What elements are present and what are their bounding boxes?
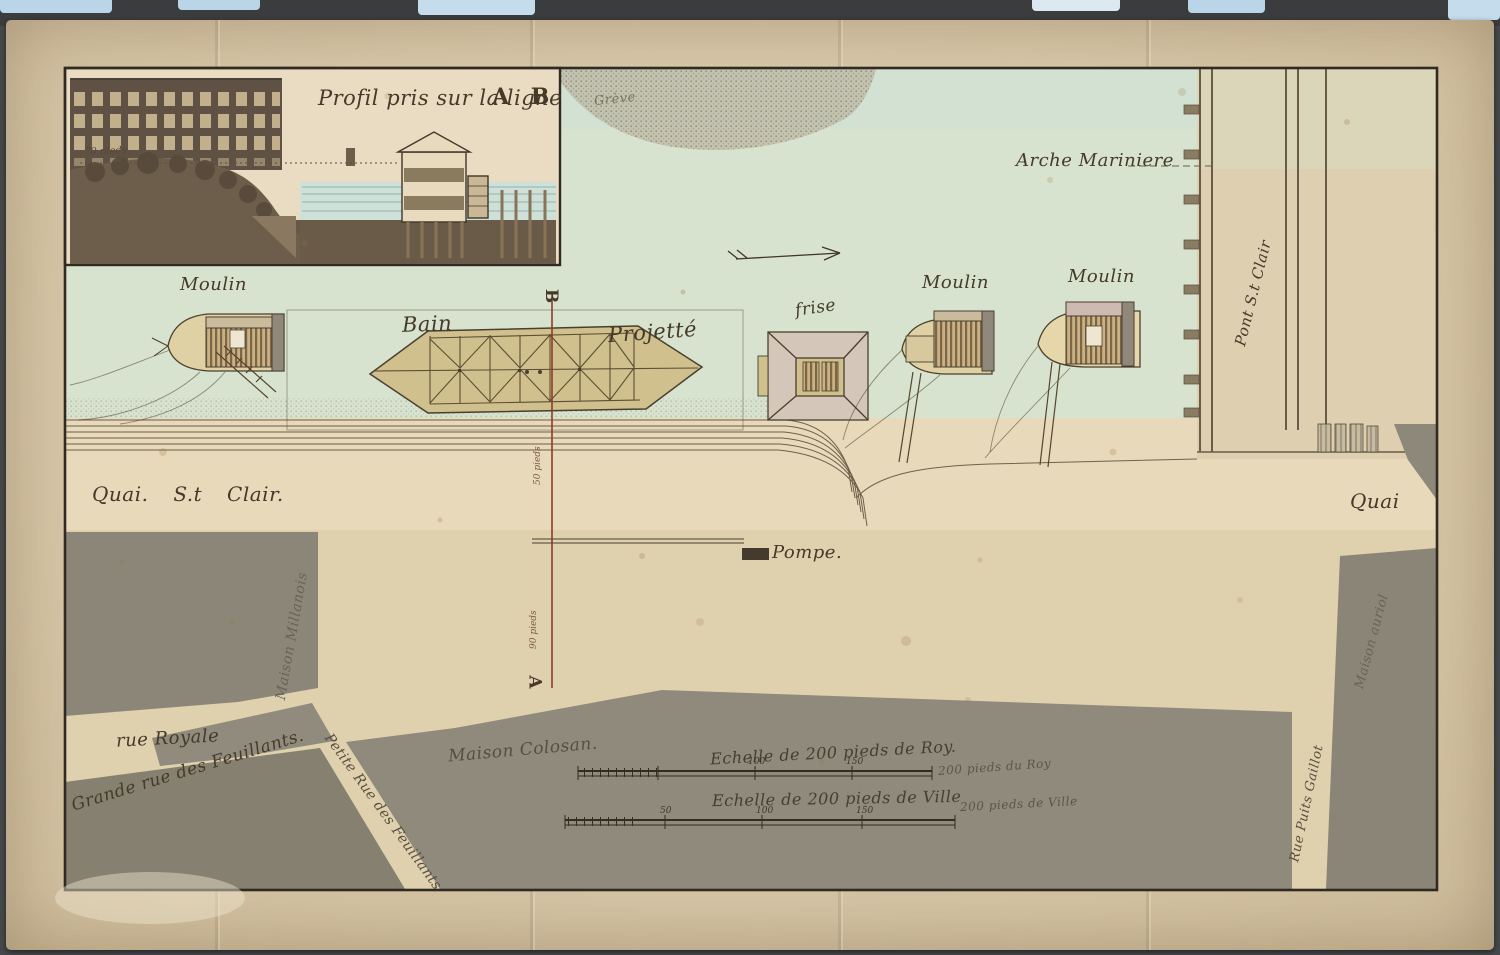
label-bain: Bain	[402, 311, 453, 337]
scale-ville-tick-100: 100	[756, 806, 773, 816]
section-marker-a: A	[525, 675, 545, 688]
section-note-upper: 50 pieds	[533, 441, 543, 485]
label-quai: Quai	[1350, 489, 1400, 513]
label-moulin-right: Moulin	[1068, 266, 1135, 287]
frise-building	[758, 332, 868, 420]
scale-ville-tick-50: 50	[660, 806, 671, 816]
map-drawing	[0, 0, 1500, 955]
scale-roy-tick-100: 100	[748, 757, 765, 767]
section-note-lower: 90 pieds	[529, 605, 539, 649]
label-arche-mariniere: Arche Mariniere	[1016, 150, 1174, 171]
label-pompe: Pompe.	[772, 542, 842, 563]
label-moulin-left: Moulin	[180, 274, 247, 295]
label-quai-st-clair: Quai. S.t Clair.	[92, 482, 284, 506]
inset-line-ref: A B	[492, 84, 556, 110]
pont-st-clair-bridge	[1197, 69, 1436, 459]
scanned-map-sheet: Profil pris sur la ligne A B 70 pieds Gr…	[0, 0, 1500, 955]
inset-depth-note: 70 pieds	[84, 145, 127, 157]
scale-roy-tick-150: 150	[846, 757, 863, 767]
label-moulin-mid: Moulin	[922, 272, 989, 293]
section-marker-b: B	[541, 289, 561, 303]
scale-ville-tick-150: 150	[856, 806, 873, 816]
